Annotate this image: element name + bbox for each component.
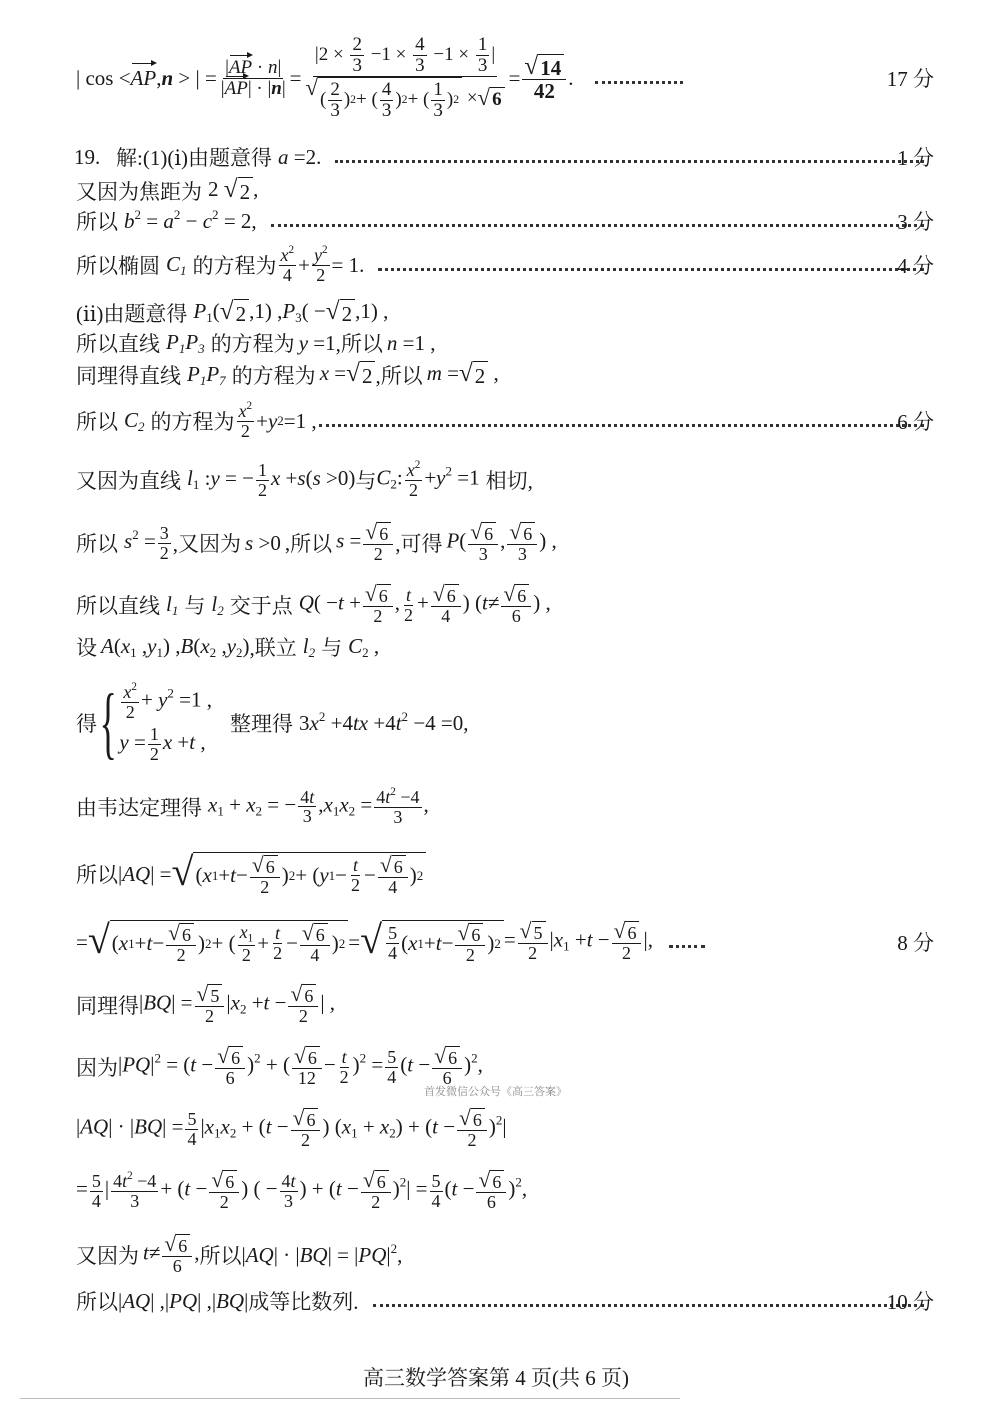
text: 相切,	[486, 465, 533, 495]
text: 的方程为	[151, 406, 235, 436]
formula-cos-ap-n: | cos <AP,n > | = |AP · n| |AP| · |n| = …	[76, 38, 934, 118]
text: 得	[76, 708, 97, 738]
text: 所以	[199, 1240, 241, 1270]
formula-lhs: | cos <AP,n > | =	[76, 66, 217, 91]
line-part2ii: (ⅱ)由题意得 P1(√2,1) ,P3( −√2,1) ,	[76, 298, 934, 328]
line-system: 得 { x22+ y2 =1 , y =12x +t , 整理得 3x2 +4t…	[76, 668, 934, 778]
left-brace: {	[100, 683, 117, 763]
line-b-squared: 所以 b2 = a2 − c2 = 2, 3 分	[76, 206, 934, 236]
text: 所以	[76, 859, 118, 889]
text: 与	[184, 590, 205, 620]
text: 的方程为	[193, 250, 277, 280]
text: 成等比数列.	[248, 1286, 358, 1316]
line-aq-def: 所以 |AQ| = √(x1 +t −√62)2 + (y1 − t2−√64)…	[76, 846, 934, 902]
equation-system: x22+ y2 =1 , y =12x +t ,	[119, 682, 212, 764]
text: 又因为	[76, 1240, 139, 1270]
line-aq-bq-product: |AQ| · |BQ| =54|x1x2 + (t −√62) (x1 + x2…	[76, 1104, 934, 1154]
text: 由韦达定理得	[76, 792, 202, 822]
page-footer: 高三数学答案第 4 页(共 6 页)	[0, 1362, 992, 1392]
line-vieta: 由韦达定理得 x1 + x2 = −4t3,x1x2 =4t2 −43,	[76, 782, 934, 832]
watermark: 首发微信公众号《高三答案》	[424, 1083, 567, 1099]
text: 所以	[76, 206, 118, 236]
score-17: 17 分	[887, 63, 934, 93]
text: 所以	[290, 528, 332, 558]
line-s-value: 所以 s2 =32 ,又因为 s >0,所以 s =√62 ,可得 P(√63,…	[76, 518, 934, 568]
line-19-part1i: 19. 解:(1)(ⅰ)由题意得 a =2. 1 分	[76, 142, 934, 172]
text: (ⅱ)由题意得	[76, 298, 187, 328]
text: 与	[355, 465, 376, 495]
text: 解:(1)(ⅰ)由题意得	[116, 142, 272, 172]
line-conclusion-eq: 又因为 t≠√66, 所以 |AQ| · |BQ| = |PQ|2,	[76, 1230, 934, 1280]
fraction-numeric: |2 × 23 −1 × 43 −1 × 13| √(23)2 + (43)2 …	[303, 35, 506, 121]
text: 同理得	[76, 990, 139, 1020]
text: 所以	[76, 406, 118, 436]
text: 所以	[76, 1286, 118, 1316]
line-focal-distance: 又因为焦距为 2 √2,	[76, 176, 934, 206]
score-3: 3 分	[897, 206, 934, 236]
line-aq-bq-simplify: =54|4t2 −43+ (t −√62) ( −4t3) + (t −√62)…	[76, 1166, 934, 1216]
text: 的方程为	[211, 328, 295, 358]
text: ,又因为	[173, 528, 241, 558]
problem-number: 19.	[74, 145, 100, 170]
line-l1-tangent: 又因为直线 l1 :y = −12x +s(s >0) 与 C2:x22+y2 …	[76, 455, 934, 505]
text: 所以	[76, 528, 118, 558]
text: 的方程为	[232, 360, 316, 390]
text: 又因为直线	[76, 465, 181, 495]
line-aq-simplify: = √(x1 +t −√62)2 + (x12+t2−√64)2 = √54(x…	[76, 914, 934, 970]
text: 因为	[76, 1052, 118, 1082]
line-ellipse-c1: 所以椭圆 C1 的方程为 x24+y22 = 1. 4 分	[76, 240, 934, 290]
score-6: 6 分	[897, 406, 934, 436]
text: 与	[321, 632, 342, 662]
text: ,联立	[250, 632, 297, 662]
text: 整理得	[230, 708, 293, 738]
line-set-ab: 设 A(x1 ,y1) ,B(x2 ,y2) ,联立 l2 与 C2 ,	[76, 632, 934, 662]
line-c2-equation: 所以 C2 的方程为 x22+y2 =1 , 6 分	[76, 396, 934, 446]
line-p1p7: 同理得直线 P1P7 的方程为 x =√2,所以m =√2 ,	[76, 360, 934, 390]
score-1: 1 分	[897, 142, 934, 172]
text: 又因为焦距为	[76, 176, 202, 206]
text: 交于点	[230, 590, 293, 620]
line-bq: 同理得 |BQ| =√52|x2 +t −√62| ,	[76, 980, 934, 1030]
text: 所以直线	[76, 328, 160, 358]
text: ,所以	[336, 328, 383, 358]
score-4: 4 分	[897, 250, 934, 280]
text: 所以椭圆	[76, 250, 160, 280]
text: 所以直线	[76, 590, 160, 620]
fraction-dot-over-norm: |AP · n| |AP| · |n|	[219, 58, 288, 99]
text: ,所以	[375, 360, 422, 390]
line-q-intersection: 所以直线 l1 与 l2 交于点 Q( −t +√62,t2+√64) (t≠√…	[76, 580, 934, 630]
text: 同理得直线	[76, 360, 181, 390]
result-fraction: √1442	[522, 54, 566, 103]
score-8: 8 分	[897, 927, 934, 957]
bottom-divider	[20, 1398, 680, 1399]
text: ,可得	[395, 528, 442, 558]
text: 设	[76, 632, 97, 662]
score-10: 10 分	[887, 1286, 934, 1316]
line-p1p3: 所以直线 P1P3 的方程为 y =1,所以n =1 ,	[76, 328, 934, 358]
line-geometric-sequence: 所以 |AQ| ,|PQ| ,|BQ| 成等比数列. 10 分	[76, 1286, 934, 1316]
